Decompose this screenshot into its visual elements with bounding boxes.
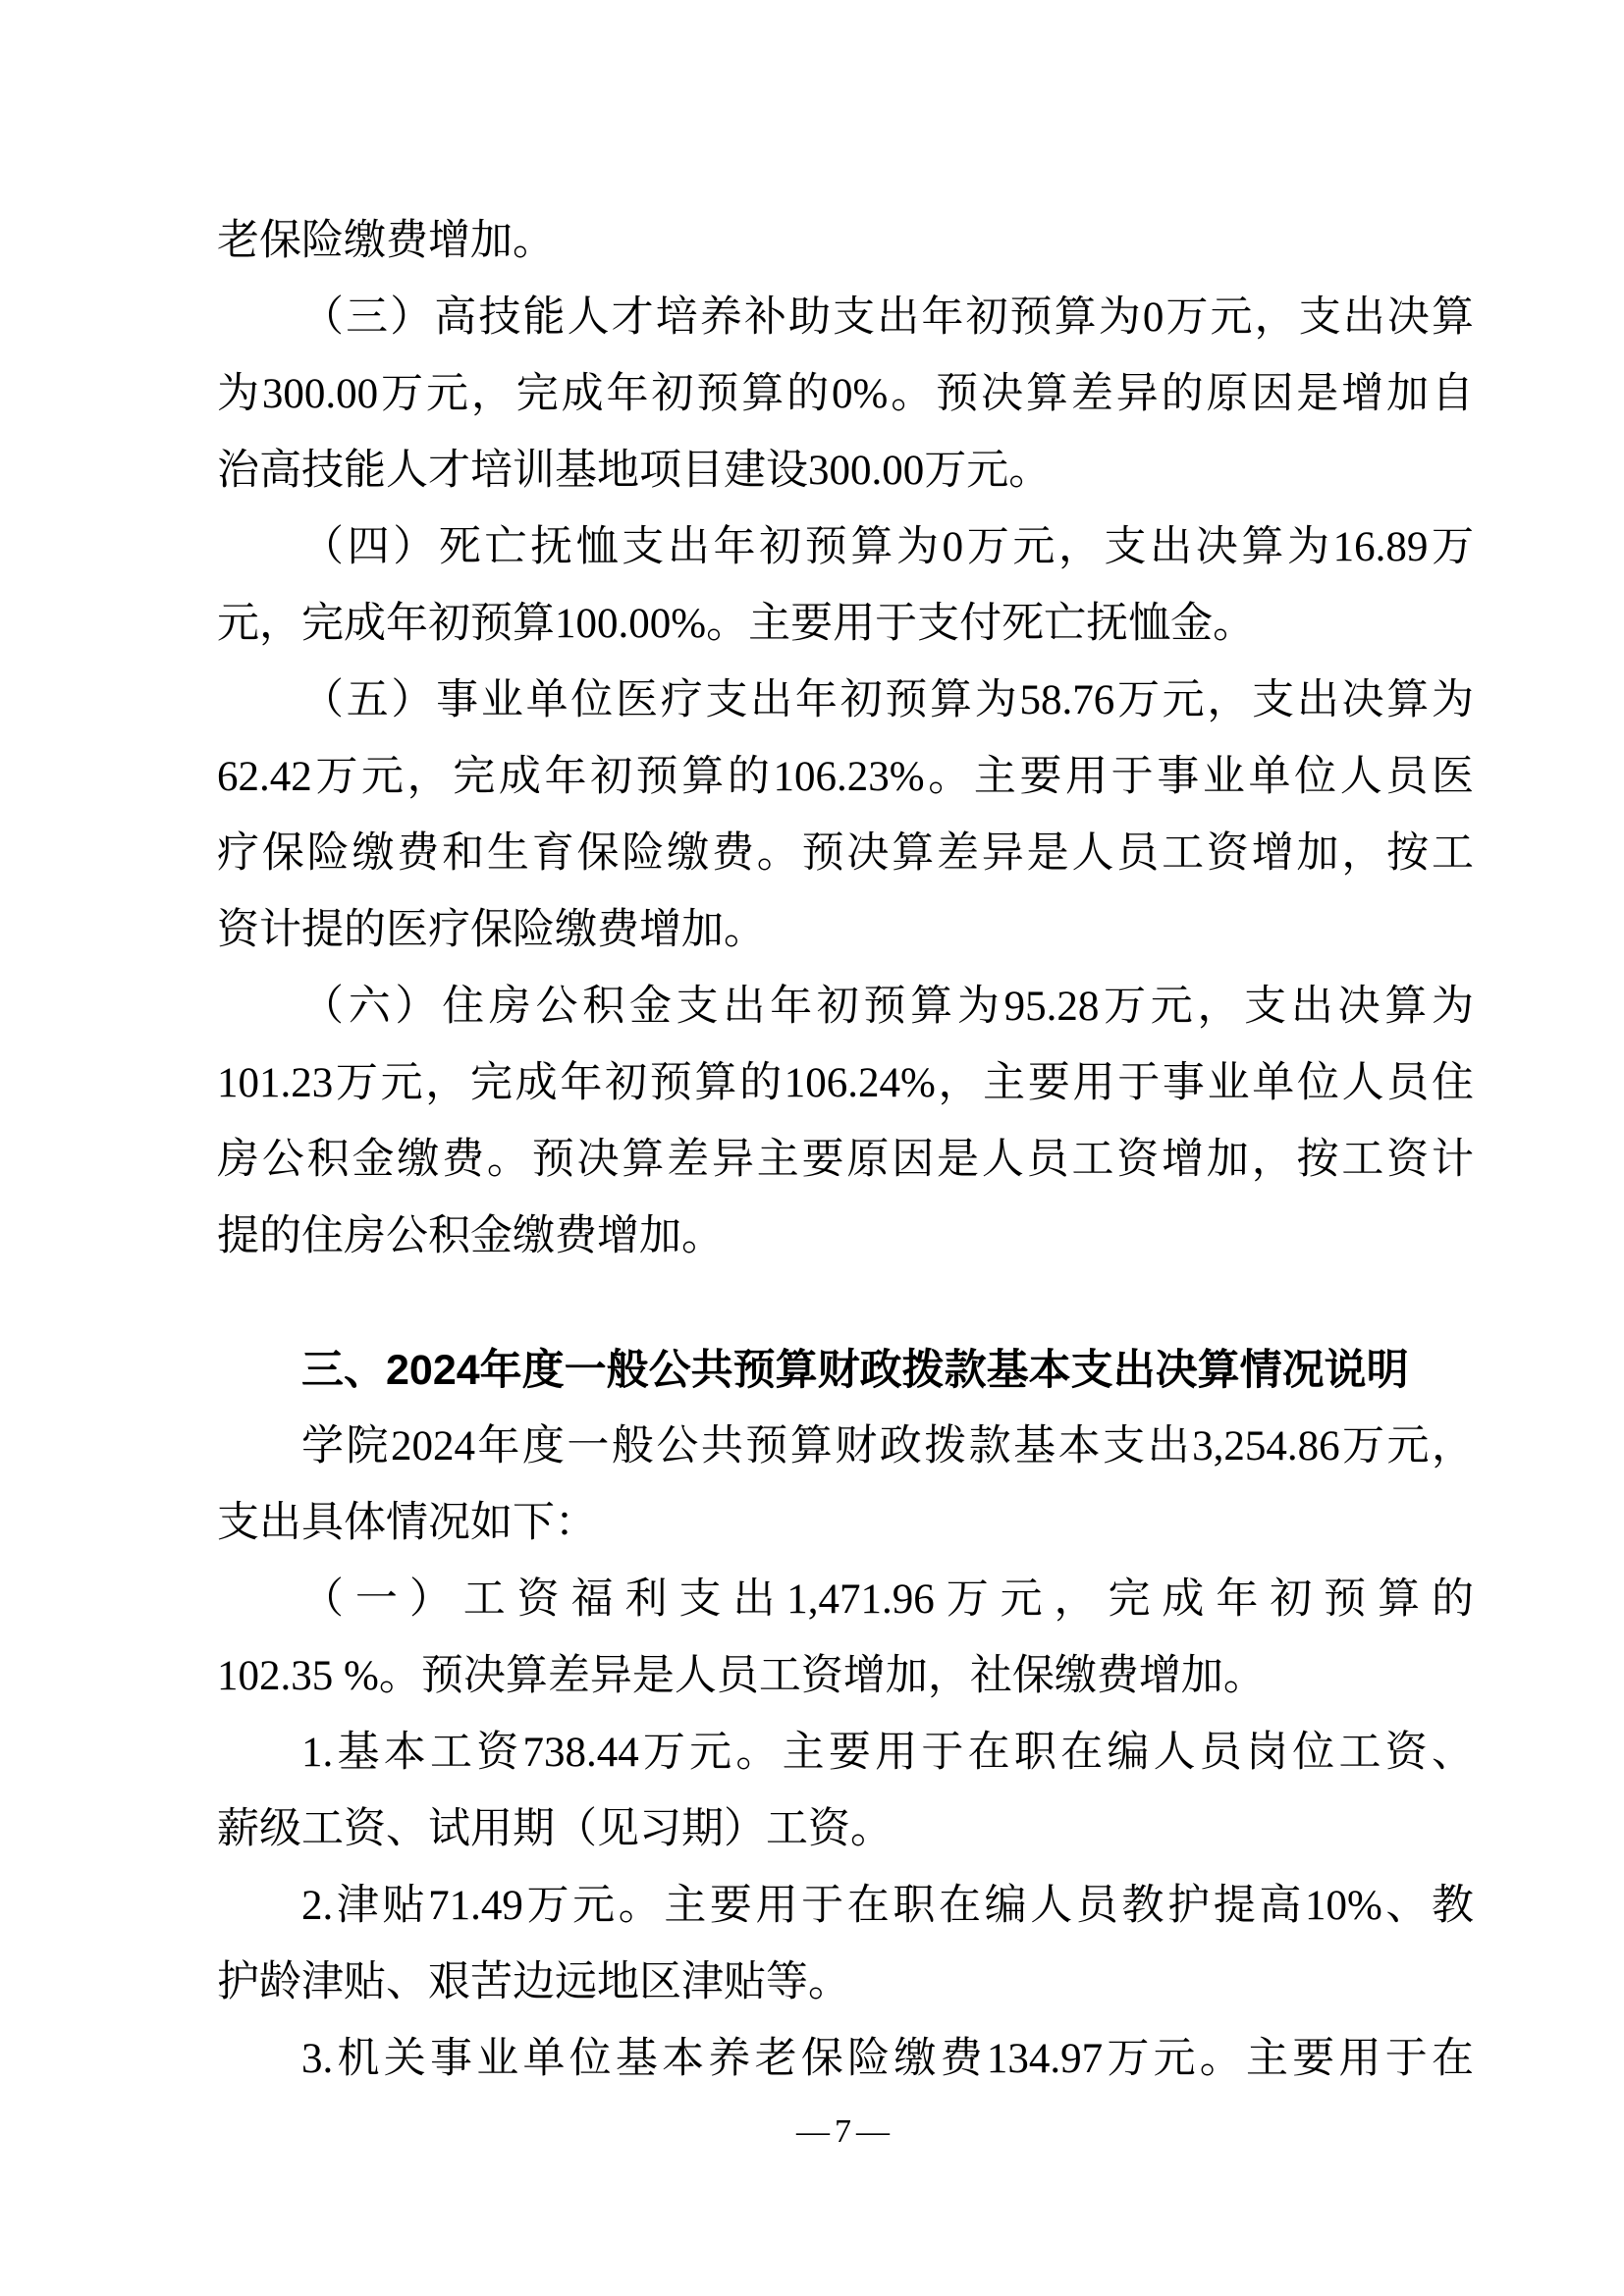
text-line: 老保险缴费增加。 <box>217 203 1474 280</box>
text-line: 102.35 %。预决算差异是人员工资增加，社保缴费增加。 <box>217 1638 1474 1715</box>
text-line: 房公积金缴费。预决算差异主要原因是人员工资增加，按工资计 <box>217 1122 1474 1199</box>
text-line: 治高技能人才培训基地项目建设300.00万元。 <box>217 433 1474 509</box>
text-line: （一）工资福利支出1,471.96万元，完成年初预算的 <box>217 1562 1474 1638</box>
text-line: （六）住房公积金支出年初预算为95.28万元，支出决算为 <box>217 969 1474 1045</box>
section-heading: 三、2024年度一般公共预算财政拨款基本支出决算情况说明 <box>217 1332 1474 1409</box>
text-line: 101.23万元，完成年初预算的106.24%，主要用于事业单位人员住 <box>217 1045 1474 1122</box>
text-line: （三）高技能人才培养补助支出年初预算为0万元，支出决算 <box>217 280 1474 356</box>
text-line: （五）事业单位医疗支出年初预算为58.76万元，支出决算为 <box>217 663 1474 739</box>
text-line: 学院2024年度一般公共预算财政拨款基本支出3,254.86万元， <box>217 1409 1474 1485</box>
document-page: 老保险缴费增加。 （三）高技能人才培养补助支出年初预算为0万元，支出决算 为30… <box>0 0 1624 2296</box>
text-line: 资计提的医疗保险缴费增加。 <box>217 892 1474 969</box>
text-line: 2.津贴71.49万元。主要用于在职在编人员教护提高10%、教 <box>217 1868 1474 1945</box>
text-line: 提的住房公积金缴费增加。 <box>217 1199 1474 1275</box>
text-line: 护龄津贴、艰苦边远地区津贴等。 <box>217 1945 1474 2021</box>
document-body: 老保险缴费增加。 （三）高技能人才培养补助支出年初预算为0万元，支出决算 为30… <box>217 203 1474 2098</box>
text-line: 元，完成年初预算100.00%。主要用于支付死亡抚恤金。 <box>217 586 1474 663</box>
page-number: —7— <box>217 2112 1474 2152</box>
text-line: （四）死亡抚恤支出年初预算为0万元，支出决算为16.89万 <box>217 509 1474 586</box>
text-line: 62.42万元，完成年初预算的106.23%。主要用于事业单位人员医 <box>217 739 1474 816</box>
text-line: 支出具体情况如下： <box>217 1485 1474 1562</box>
text-line: 1.基本工资738.44万元。主要用于在职在编人员岗位工资、 <box>217 1715 1474 1791</box>
text-line: 薪级工资、试用期（见习期）工资。 <box>217 1791 1474 1868</box>
text-line: 3.机关事业单位基本养老保险缴费134.97万元。主要用于在 <box>217 2021 1474 2098</box>
text-line: 疗保险缴费和生育保险缴费。预决算差异是人员工资增加，按工 <box>217 816 1474 892</box>
text-line: 为300.00万元，完成年初预算的0%。预决算差异的原因是增加自 <box>217 356 1474 433</box>
